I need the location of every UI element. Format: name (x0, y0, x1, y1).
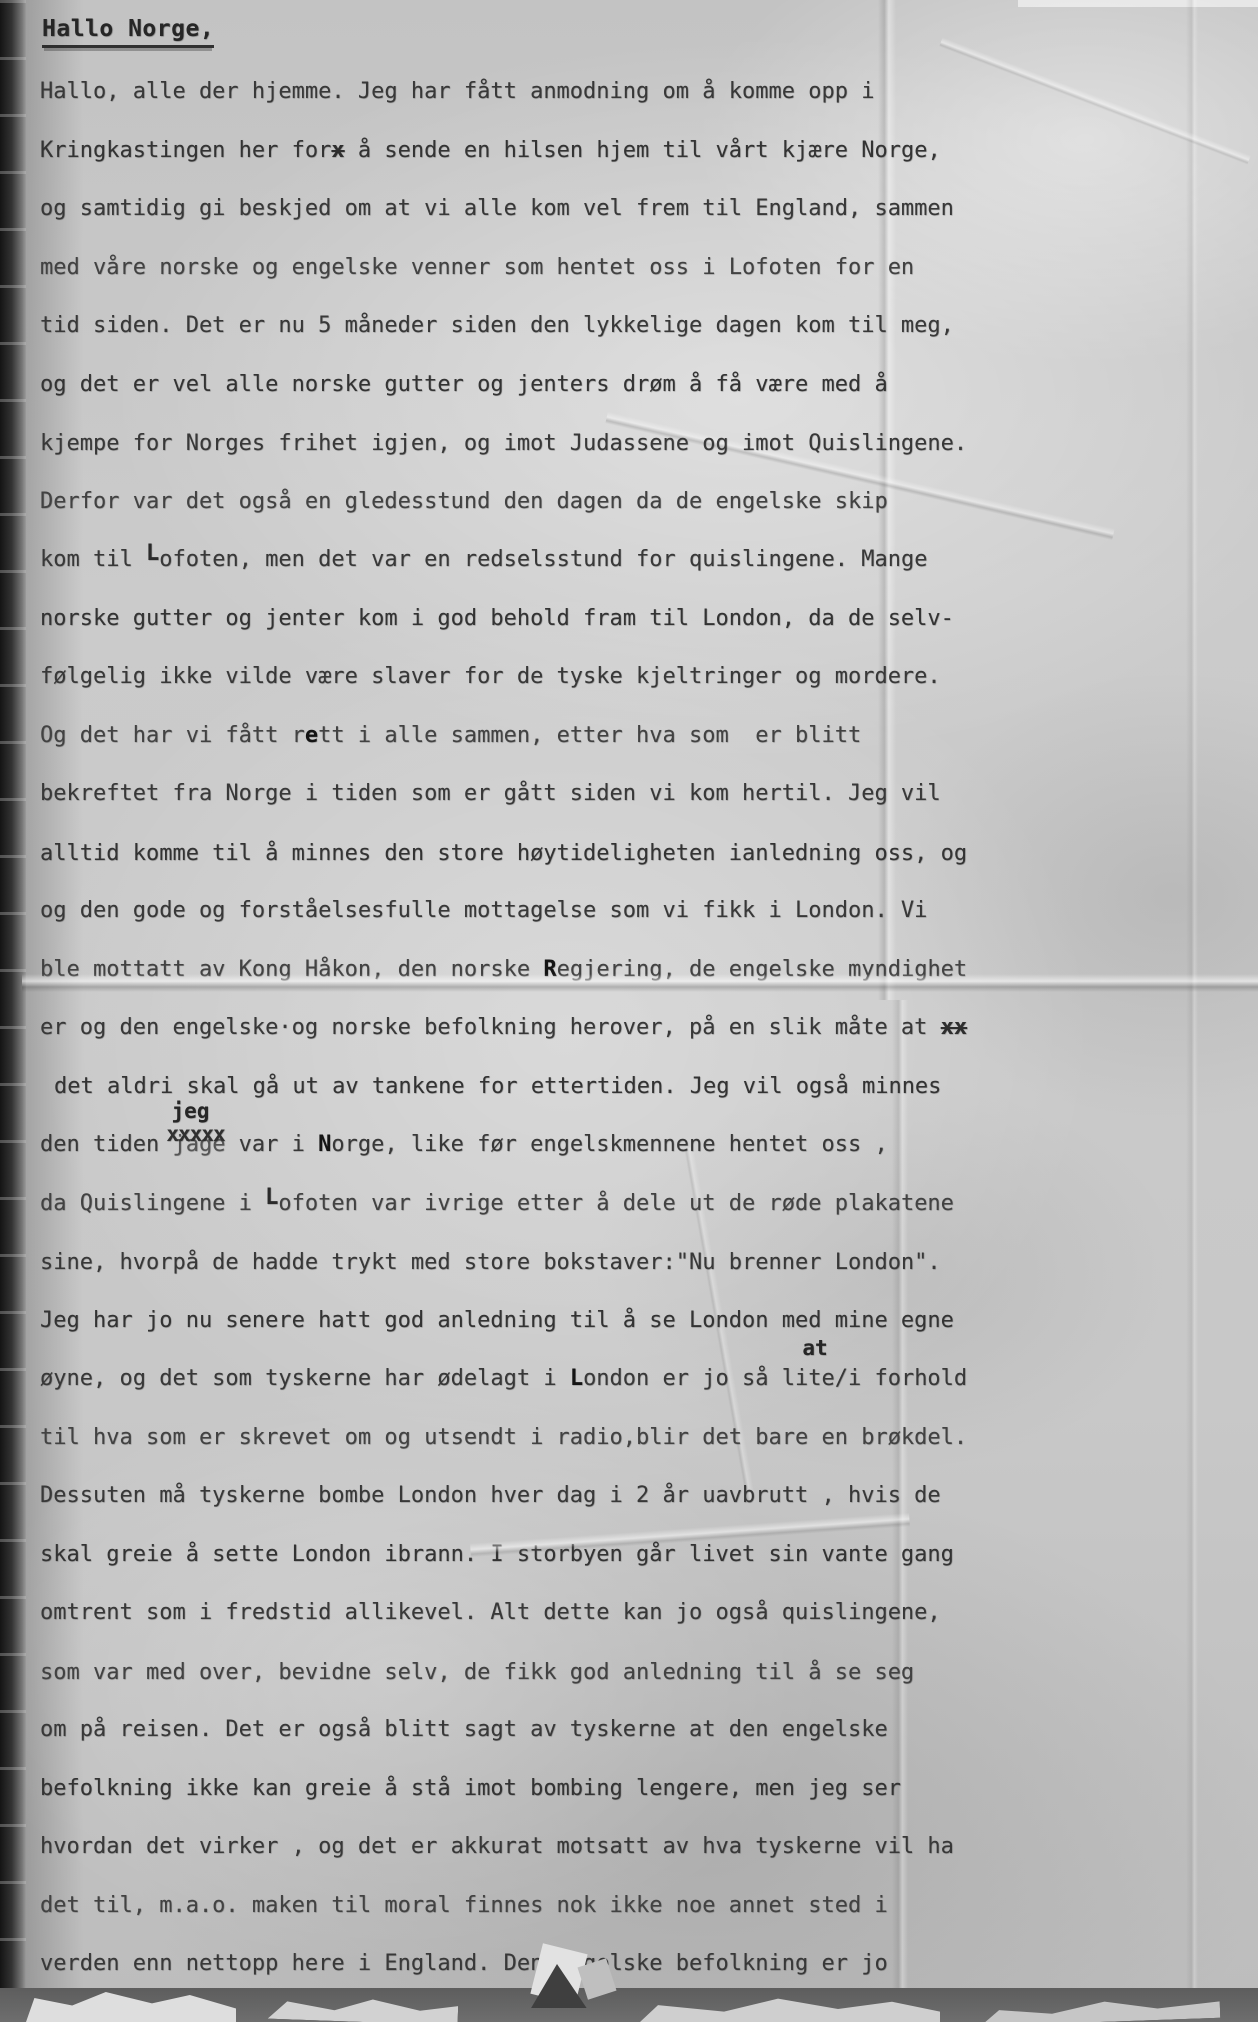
letter-line: sine, hvorpå de hadde trykt med store bo… (40, 1249, 1230, 1277)
text-segment: ble mottatt av Kong Håkon, den norske (40, 957, 543, 982)
text-segment: følgelig ikke vilde være slaver for de t… (40, 664, 941, 689)
letter-line: verden enn nettopp here i England. Den e… (40, 1950, 1230, 1978)
text-segment: det til, m.a.o. maken til moral finnes n… (40, 1893, 888, 1918)
letter-line: tid siden. Det er nu 5 måneder siden den… (40, 312, 1230, 340)
text-segment: N (318, 1132, 331, 1157)
letter-line: det til, m.a.o. maken til moral finnes n… (40, 1892, 1230, 1920)
paper-edge-highlight (1018, 0, 1258, 7)
text-segment: bekreftet fra Norge i tiden som er gått … (40, 781, 941, 806)
text-segment: ondon er jo så lite/i forhold (583, 1366, 967, 1391)
text-segment: hvordan det virker , og det er akkurat m… (40, 1834, 954, 1859)
text-segment: sine, hvorpå de hadde trykt med store bo… (40, 1250, 941, 1275)
text-segment: med våre norske og engelske venner som h… (40, 255, 914, 280)
letter-line: Og det har vi fått rett i alle sammen, e… (40, 722, 1230, 750)
text-segment: Derfor var det også en gledesstund den d… (40, 489, 888, 514)
text-segment: L (265, 1185, 278, 1210)
letter-line: kjempe for Norges frihet igjen, og imot … (40, 430, 1230, 458)
text-segment: og det er vel alle norske gutter og jent… (40, 372, 888, 397)
text-segment: å sende en hilsen hjem til vårt kjære No… (345, 138, 941, 163)
text-segment: Dessuten må tyskerne bombe London hver d… (40, 1483, 941, 1508)
paper-fragment (26, 1992, 236, 2022)
letter-line: er og den engelske·og norske befolkning … (40, 1014, 1230, 1042)
letter-line: norske gutter og jenter kom i god behold… (40, 605, 1230, 633)
letter-body: Hallo, alle der hjemme. Jeg har fått anm… (40, 78, 1230, 2009)
text-segment: kom til (40, 547, 146, 572)
letter-line: til hva som er skrevet om og utsendt i r… (40, 1424, 1230, 1452)
letter-heading-text: Hallo Norge, (42, 16, 214, 48)
text-segment: L (146, 541, 159, 566)
letter-line: Derfor var det også en gledesstund den d… (40, 488, 1230, 516)
text-segment: Jeg har jo nu senere hatt god anledning … (40, 1308, 954, 1333)
text-segment: tt i alle sammen, etter hva som er blitt (318, 723, 861, 748)
text-segment: Hallo, alle der hjemme. Jeg har fått anm… (40, 79, 874, 104)
text-segment: Og det har vi fått r (40, 723, 305, 748)
paper-fragment (268, 1995, 459, 2022)
typed-correction: jeg (171, 1101, 209, 1121)
text-segment: omtrent som i fredstid allikevel. Alt de… (40, 1600, 941, 1625)
letter-line: Kringkastingen her forx å sende en hilse… (40, 137, 1230, 165)
letter-line: og samtidig gi beskjed om at vi alle kom… (40, 195, 1230, 223)
text-segment: L (570, 1366, 583, 1391)
letter-line: hvordan det virker , og det er akkurat m… (40, 1833, 1230, 1861)
text-segment: R (543, 957, 556, 982)
letter-line: øyne, og det som tyskerne har ødelagt i … (40, 1365, 1230, 1393)
text-segment: tid siden. Det er nu 5 måneder siden den… (40, 313, 954, 338)
letter-line: og den gode og forståelsesfulle mottagel… (40, 897, 1230, 925)
torn-bottom-edge (0, 1988, 1258, 2022)
typed-correction: at (802, 1338, 827, 1358)
text-segment: e (305, 723, 318, 748)
text-segment: ofoten, men det var en redselsstund for … (159, 547, 927, 572)
text-segment: og den gode og forståelsesfulle mottagel… (40, 898, 927, 923)
text-segment: egjering, de engelske myndighet (557, 957, 968, 982)
letter-line: Dessuten må tyskerne bombe London hver d… (40, 1482, 1230, 1510)
letter-line: følgelig ikke vilde være slaver for de t… (40, 663, 1230, 691)
paper-fragment (640, 1996, 940, 2022)
text-segment: var i (225, 1132, 318, 1157)
paper-fragment (980, 1996, 1221, 2022)
text-segment: norske gutter og jenter kom i god behold… (40, 606, 954, 631)
letter-line: omtrent som i fredstid allikevel. Alt de… (40, 1599, 1230, 1627)
letter-line: bekreftet fra Norge i tiden som er gått … (40, 780, 1230, 808)
text-segment: ofoten var ivrige etter å dele ut de rød… (278, 1191, 954, 1216)
letter-line: da Quislingene i Lofoten var ivrige ette… (40, 1190, 1230, 1218)
letter-heading: Hallo Norge, (42, 16, 214, 48)
letter-line: som var med over, bevidne selv, de fikk … (40, 1659, 1230, 1687)
letter-line: Hallo, alle der hjemme. Jeg har fått anm… (40, 78, 1230, 106)
text-segment: x (331, 138, 344, 163)
letter-line: den tiden jage var i Norge, like før eng… (40, 1131, 1230, 1159)
letter-line: kom til Lofoten, men det var en redselss… (40, 546, 1230, 574)
text-segment: som var med over, bevidne selv, de fikk … (40, 1660, 914, 1685)
letter-line: skal greie å sette London ibrann. I stor… (40, 1541, 1230, 1569)
letter-line: med våre norske og engelske venner som h… (40, 254, 1230, 282)
text-segment: om på reisen. Det er også blitt sagt av … (40, 1717, 888, 1742)
letter-line: og det er vel alle norske gutter og jent… (40, 371, 1230, 399)
letter-line: befolkning ikke kan greie å stå imot bom… (40, 1775, 1230, 1803)
text-segment: alltid komme til å minnes den store høyt… (40, 841, 967, 866)
text-segment: kjempe for Norges frihet igjen, og imot … (40, 431, 967, 456)
typed-correction: xxxxx (166, 1124, 224, 1144)
text-segment: og samtidig gi beskjed om at vi alle kom… (40, 196, 954, 221)
letter-line: det aldri skal gå ut av tankene for ette… (40, 1073, 1230, 1101)
letter-line: Jeg har jo nu senere hatt god anledning … (40, 1307, 1230, 1335)
text-segment: da Quislingene i (40, 1191, 265, 1216)
text-segment: befolkning ikke kan greie å stå imot bom… (40, 1776, 901, 1801)
text-segment: til hva som er skrevet om og utsendt i r… (40, 1425, 967, 1450)
letter-line: ble mottatt av Kong Håkon, den norske Re… (40, 956, 1230, 984)
text-segment: skal greie å sette London ibrann. I stor… (40, 1542, 954, 1567)
text-segment: orge, like før engelskmennene hentet oss… (331, 1132, 887, 1157)
text-segment: xx (941, 1015, 968, 1040)
text-segment: det aldri skal gå ut av tankene for ette… (54, 1074, 941, 1099)
letter-line: alltid komme til å minnes den store høyt… (40, 840, 1230, 868)
scanner-edge (0, 0, 26, 2022)
text-segment: verden enn nettopp here i England. Den e… (40, 1951, 888, 1976)
text-segment: den tiden (40, 1132, 172, 1157)
text-segment: er og den engelske·og norske befolkning … (40, 1015, 941, 1040)
text-segment: øyne, og det som tyskerne har ødelagt i (40, 1366, 570, 1391)
text-segment: Kringkastingen her for (40, 138, 331, 163)
letter-line: om på reisen. Det er også blitt sagt av … (40, 1716, 1230, 1744)
